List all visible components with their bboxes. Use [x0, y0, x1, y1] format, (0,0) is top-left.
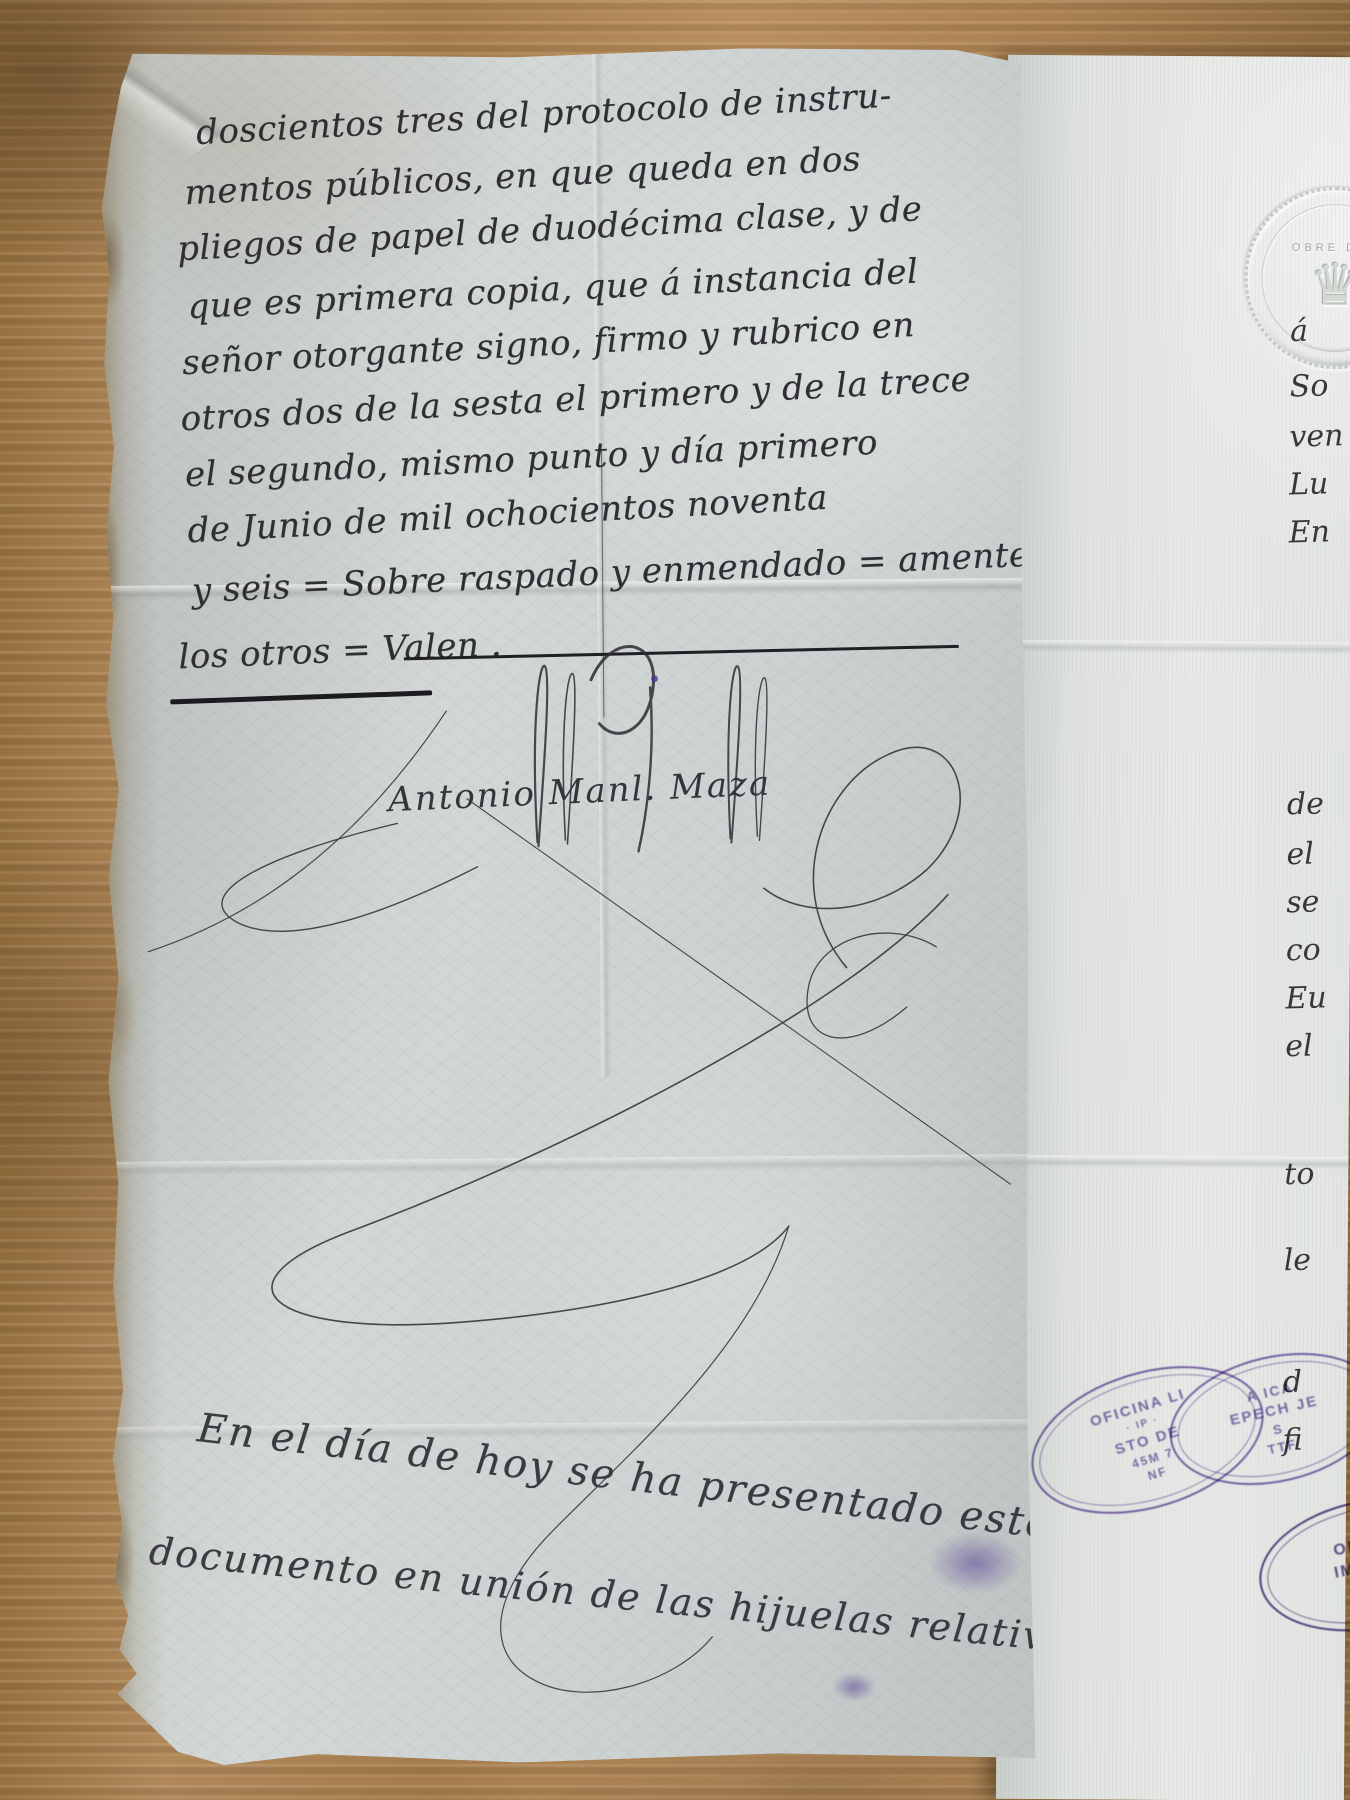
page2-text-fragment: se: [1286, 884, 1320, 920]
page2-text-fragment: ven: [1289, 418, 1344, 454]
page2-text-fragment: Eu: [1285, 980, 1327, 1016]
page2-text-fragment: So: [1289, 368, 1329, 404]
photo-of-notarial-document: OBRE DEL ♛ á So ven Lu En de el se co Eu…: [0, 0, 1350, 1800]
page2-text-fragment: á: [1290, 314, 1309, 349]
page2-text-fragment: el: [1285, 1028, 1313, 1064]
page2-text-fragment: co: [1285, 932, 1321, 968]
page2-text-fragment: de: [1286, 786, 1324, 822]
seal-text: OBRE DEL: [1292, 242, 1350, 255]
page2-text-fragment: En: [1288, 514, 1330, 550]
ink-dot: [651, 675, 658, 682]
ink-smudge: [832, 1672, 876, 1702]
crown-emblem-icon: ♛: [1309, 256, 1350, 314]
ink-smudge: [928, 1532, 1023, 1594]
page2-text-fragment: el: [1286, 836, 1314, 872]
page2-text-fragment: le: [1283, 1242, 1311, 1278]
page2-text-fragment: Lu: [1289, 466, 1329, 502]
fold-crease: [1004, 640, 1350, 654]
page2-text-fragment: to: [1284, 1156, 1315, 1192]
document-page: doscientos tres del protocolo de instru-…: [99, 46, 1036, 1766]
handwritten-line: doscientos tres del protocolo de instru-: [195, 76, 893, 154]
stamp-text: OFICIN: [1332, 1528, 1350, 1562]
stamp-text: TTF: [1266, 1435, 1299, 1459]
